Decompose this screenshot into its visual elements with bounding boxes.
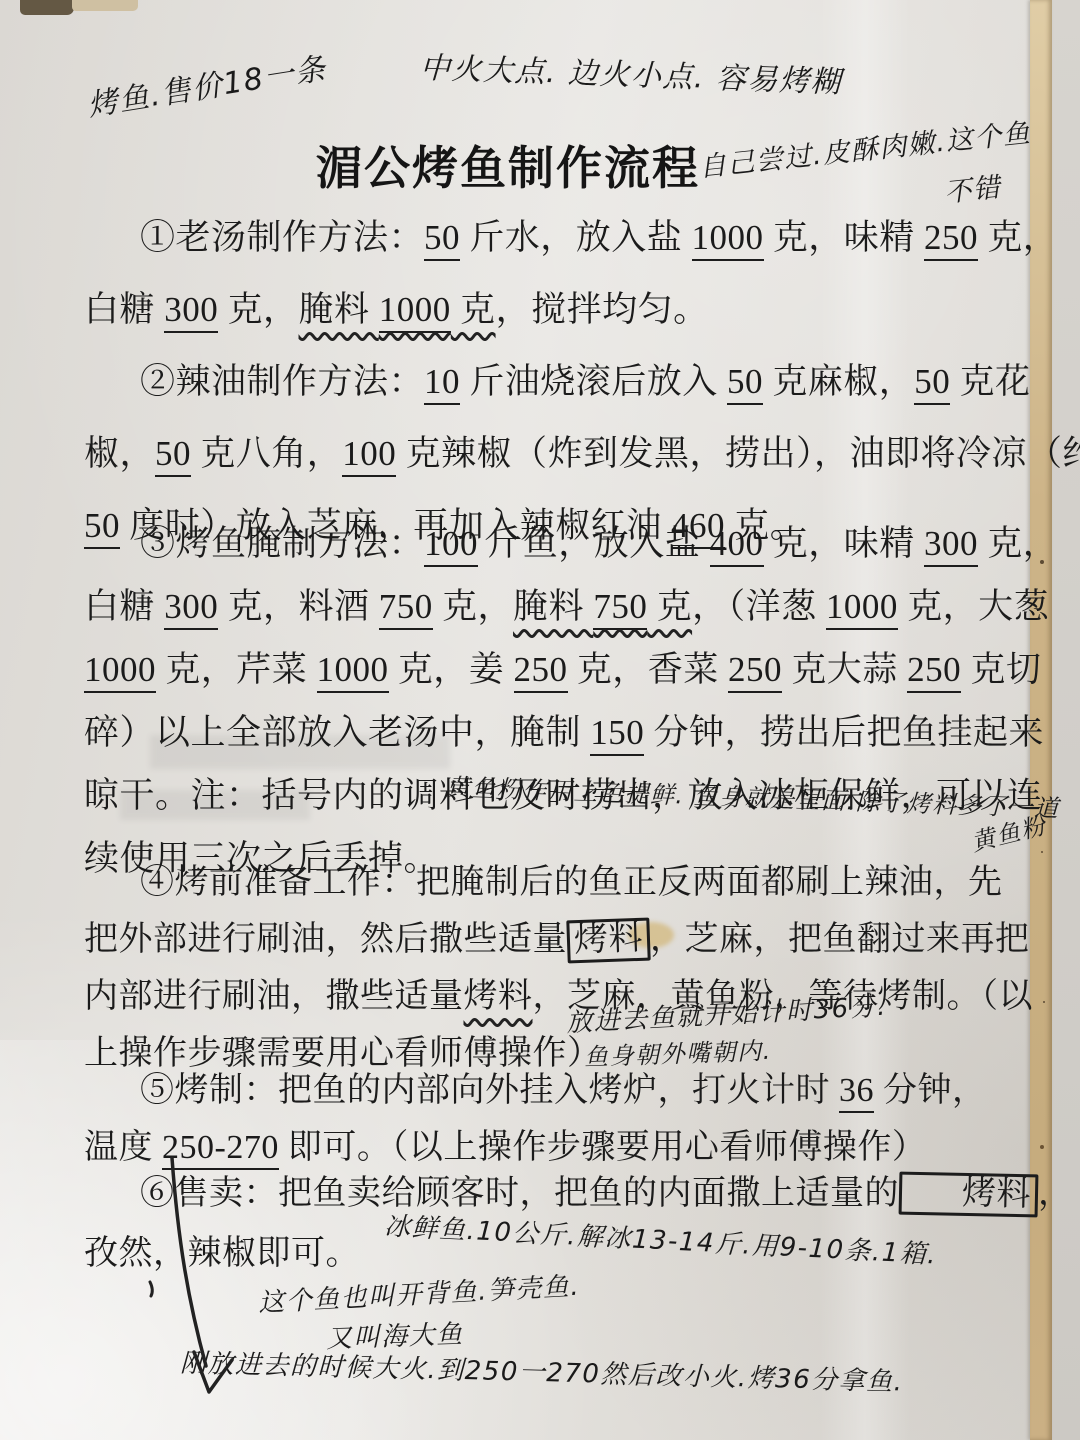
document-title: 湄公烤鱼制作流程 [316, 132, 700, 198]
recipe-line: 白糖 300 克，腌料 1000 克，搅拌均匀。 [84, 274, 1019, 346]
recipe-step-1: ①老汤制作方法：50 斤水，放入盐 1000 克，味精 250 克，白糖 300… [84, 202, 1019, 346]
top-corner-notch-dark [20, 0, 74, 15]
recipe-line: 1000 克，芹菜 1000 克，姜 250 克，香菜 250 克大蒜 250 … [84, 638, 1019, 701]
recipe-line: 把外部进行刷油，然后撒些适量烤料，芝麻，把鱼翻过来再把 [84, 911, 1019, 968]
recipe-step-4: ④烤前准备工作：把腌制后的鱼正反两面都刷上辣油，先把外部进行刷油，然后撒些适量烤… [84, 854, 1019, 1082]
handwritten-title-comment-2: 不错 [942, 165, 1003, 210]
recipe-line: ③烤鱼腌制方法：100 斤鱼，放入盐 400 克，味精 300 克， [84, 512, 1019, 575]
recipe-line: ②辣油制作方法：10 斤油烧滚后放入 50 克麻椒，50 克花 [84, 346, 1019, 418]
recipe-line: ④烤前准备工作：把腌制后的鱼正反两面都刷上辣油，先 [84, 854, 1019, 911]
photographed-recipe-page: { "document": { "title": "湄公烤鱼制作流程", "pa… [0, 0, 1080, 1440]
recipe-step-3: ③烤鱼腌制方法：100 斤鱼，放入盐 400 克，味精 300 克，白糖 300… [84, 512, 1019, 890]
recipe-line: ①老汤制作方法：50 斤水，放入盐 1000 克，味精 250 克， [84, 202, 1019, 274]
recipe-line: ⑤烤制：把鱼的内部向外挂入烤炉，打火计时 36 分钟， [84, 1062, 1019, 1119]
recipe-line: 椒，50 克八角，100 克辣椒（炸到发黑，捞出），油即将冷凉（约 [84, 418, 1019, 490]
handwritten-fish-position-note: 鱼身朝外嘴朝内. [583, 1031, 772, 1073]
recipe-step-5: ⑤烤制：把鱼的内部向外挂入烤炉，打火计时 36 分钟，温度 250-270 即可… [84, 1062, 1019, 1176]
recipe-line: 碎）以上全部放入老汤中，腌制 150 分钟，捞出后把鱼挂起来 [84, 701, 1019, 764]
recipe-line: 白糖 300 克，料酒 750 克，腌料 750 克，（洋葱 1000 克，大葱 [84, 575, 1019, 638]
top-corner-notch-tan [72, 0, 138, 11]
